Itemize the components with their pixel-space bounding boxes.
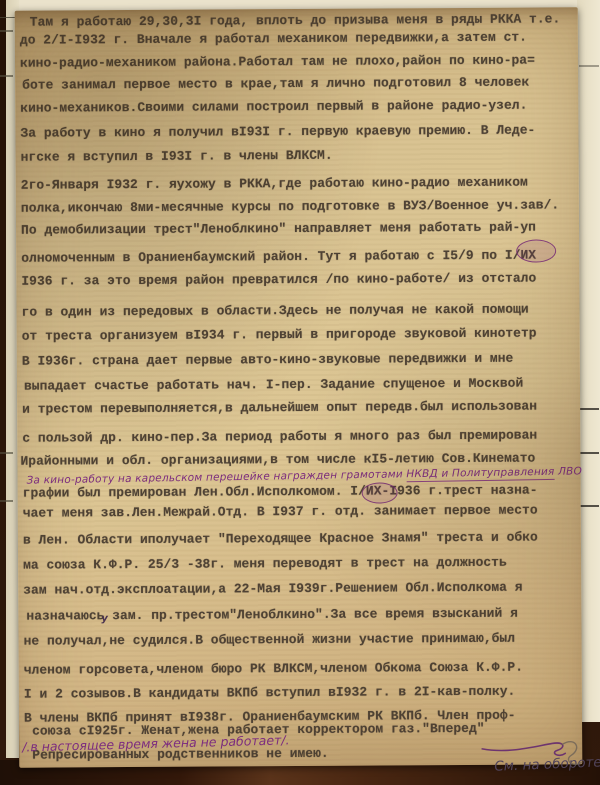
insert-tail-text: ЛВО <box>554 465 582 477</box>
document-page: Там я работаю 29,30,3I года, вплоть до п… <box>15 7 583 767</box>
typed-line: Ирайонными и обл. организациями,в том чи… <box>20 451 535 469</box>
typed-line: кино-механиков.Своими силами построил пе… <box>20 98 527 116</box>
typed-line: назначаюсь зам. пр.трестом"Леноблкино".З… <box>26 606 518 624</box>
typed-line: Там я работаю 29,30,3I года, вплоть до п… <box>30 11 561 29</box>
typed-line: олномоченным в Ораниенбаумский район. Ту… <box>21 248 536 266</box>
typed-line: I936 г. за это время район превратился /… <box>21 271 536 289</box>
typed-line: боте занимал первое место в крае,там я л… <box>22 75 529 93</box>
pencil-dash <box>0 75 13 77</box>
pencil-dash <box>0 30 13 32</box>
typed-line: 2го-Января I932 г. яухожу в РККА,где раб… <box>21 175 528 193</box>
typed-line: от треста организуем вI934 г. первый в п… <box>22 326 537 344</box>
typed-line: членом горсовета,членом бюро РК ВЛКСМ,чл… <box>24 660 523 678</box>
ruled-line-mark <box>579 65 599 67</box>
typed-line: не получал,не судился.В общественной жиз… <box>23 631 515 649</box>
photo-background: Там я работаю 29,30,3I года, вплоть до п… <box>0 0 600 785</box>
typed-line: полка,икончаю 8ми-месячные курсы по подг… <box>21 197 559 215</box>
typed-line: го в один из передовых в области.Здесь н… <box>21 302 528 320</box>
caret-insert-mark: у <box>101 613 108 624</box>
typed-line: чает меня зав.Лен.Межрай.Отд. В I937 г. … <box>23 503 538 521</box>
typed-line: I и 2 созывов.В кандидаты ВКПб вступил в… <box>24 684 516 702</box>
typed-line: выпадает счастье работать нач. I-пер. За… <box>24 376 523 394</box>
month-correction-circle <box>362 482 398 503</box>
ruled-line-mark <box>579 408 599 410</box>
typed-line: с пользой др. кино-пер.За период работы … <box>22 428 537 446</box>
typed-line: ма союза К.Ф.Р. 25/3 -38г. меня переводя… <box>23 555 507 573</box>
month-correction-circle <box>516 239 556 262</box>
ruled-line-mark <box>579 452 599 454</box>
insert-underlined-text: НКВД и Политуправления <box>406 466 554 482</box>
typed-line: до 2/I-I932 г. Вначале я работал механик… <box>20 30 527 48</box>
typed-line: По демобилизации трест"Леноблкино" напра… <box>21 220 536 238</box>
typed-line: В I936г. страна дает первые авто-кино-зв… <box>22 351 514 369</box>
typed-line: зам нач.отд.эксплоатации,а 22-Мая I939г.… <box>23 580 522 598</box>
typed-line: в Лен. Области иполучает "Переходящее Кр… <box>23 530 538 548</box>
typed-line: нгске я вступил в I93I г. в члены ВЛКСМ. <box>21 148 333 165</box>
ruled-line-mark <box>579 505 599 507</box>
typed-line: и трестом перевыполняется,в дальнейшем о… <box>22 399 537 417</box>
typed-line: кино-радио-механиком района.Работал там … <box>20 53 535 71</box>
pencil-dash <box>0 452 13 454</box>
typed-line: За работу в кино я получил вI93I г. перв… <box>20 123 535 141</box>
pencil-dash <box>0 500 13 502</box>
